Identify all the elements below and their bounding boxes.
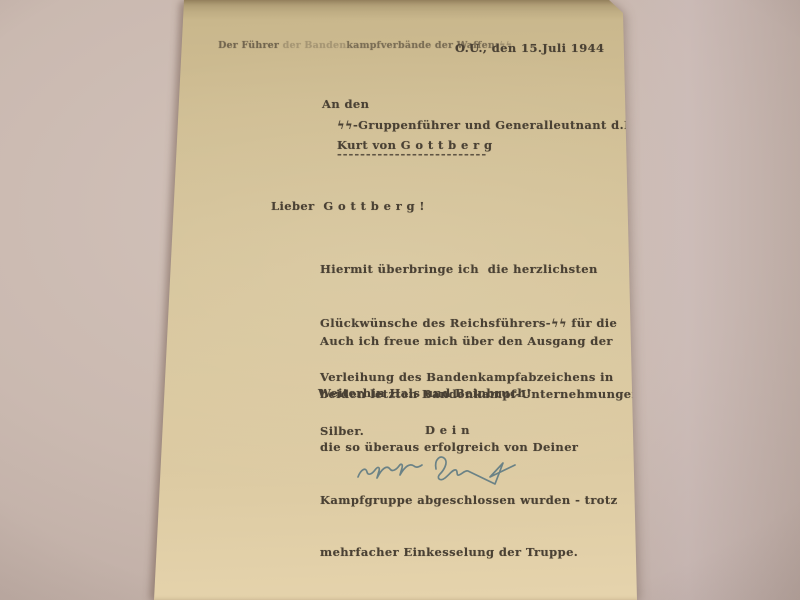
recipient-intro: An den: [322, 95, 369, 113]
recipient-rank-line: ϟϟ-Gruppenführer und Generalleutnant d.P…: [337, 116, 650, 134]
wish-line: Weiterhin Hals und Beinbruch!: [318, 384, 532, 402]
photograph: Der Führer der Bandenkampfverbände der W…: [0, 0, 800, 600]
paragraph-2-line: mehrfacher Einkesselung der Truppe.: [320, 544, 645, 562]
letter-paper: Der Führer der Bandenkampfverbände der W…: [0, 0, 800, 600]
paragraph-2-line: Auch ich freue mich über den Ausgang der: [320, 333, 645, 351]
salutation: Lieber G o t t b e r g !: [271, 197, 425, 215]
letter-paper-shadow: Der Führer der Bandenkampfverbände der W…: [0, 0, 800, 600]
stamp-text-faint-1: der Banden: [283, 40, 347, 51]
closing-word: D e i n: [425, 421, 470, 439]
dateline: O.U., den 15.Juli 1944: [455, 39, 604, 57]
signature-stroke-left: [358, 464, 422, 478]
stamp-text-strong-1: Der Führer: [218, 40, 283, 51]
paragraph-1-line: Hiermit überbringe ich die herzlichsten: [320, 260, 617, 278]
recipient-underline: --------------------------: [337, 145, 487, 163]
signature-handwriting: [348, 444, 543, 496]
signature-stroke-right: [436, 457, 515, 484]
